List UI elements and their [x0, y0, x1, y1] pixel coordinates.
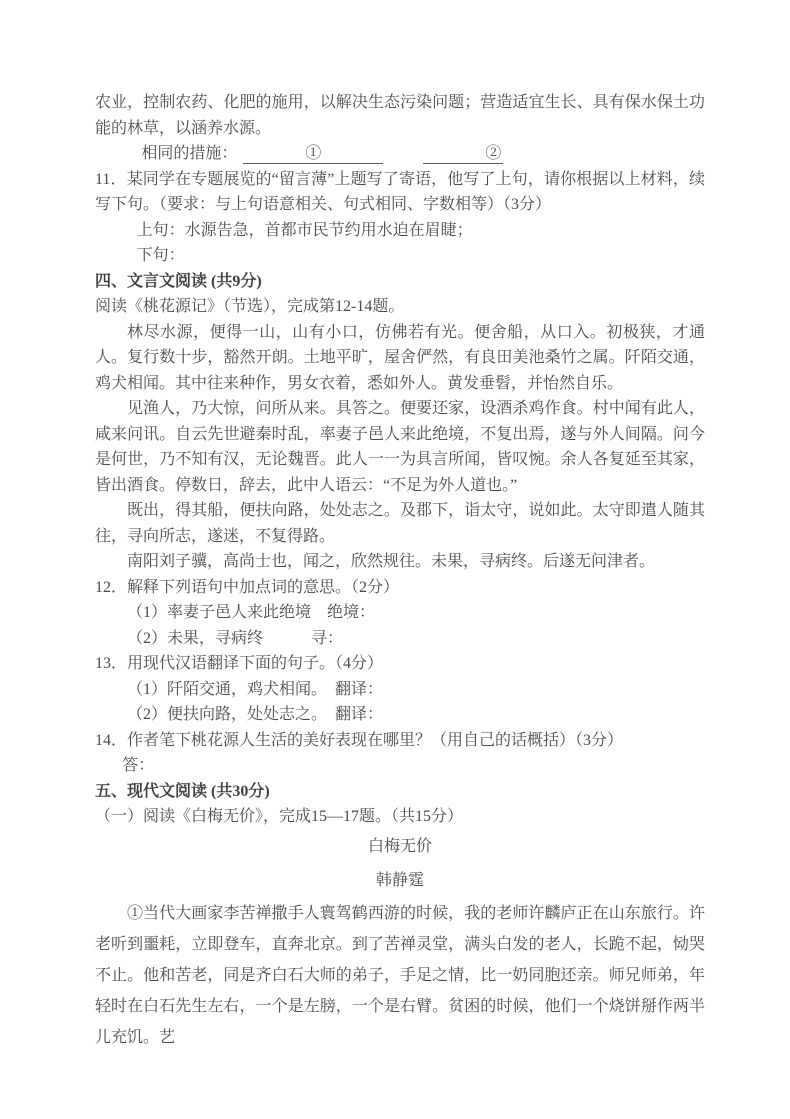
upper-line-sentence: 上句：水源告急，首都市民节约用水迫在眉睫；	[95, 218, 705, 244]
blank-line-2: ②	[423, 144, 503, 164]
continuation-paragraph: 农业，控制农药、化肥的施用，以解决生态污染问题；营造适宜生长、具有保水保土功能的…	[95, 90, 705, 141]
modern-reading-instruction: （一）阅读《白梅无价》，完成15—17题。（共15分）	[95, 804, 705, 830]
answer-prompt: 答：	[95, 753, 705, 779]
fill-label: 相同的措施：	[141, 145, 237, 162]
question-11: 11．某同学在专题展览的“留言薄”上题写了寄语，他写了上句，请你根据以上材料，续…	[95, 167, 705, 218]
question-13-item-1: （1）阡陌交通，鸡犬相闻。 翻译：	[95, 677, 705, 703]
question-13-item-2: （2）便扶向路，处处志之。 翻译：	[95, 702, 705, 728]
taohuayuan-paragraph-4: 南阳刘子骥，高尚士也，闻之，欣然规往。未果，寻病终。后遂无问津者。	[95, 549, 705, 575]
question-12-item-1: （1）率妻子邑人来此绝境 绝境：	[95, 600, 705, 626]
document-body: 农业，控制农药、化肥的施用，以解决生态污染问题；营造适宜生长、具有保水保土功能的…	[95, 90, 705, 1053]
taohuayuan-paragraph-1: 林尽水源，便得一山，山有小口，仿佛若有光。便舍船，从口入。初极狭，才通人。复行数…	[95, 320, 705, 397]
taohuayuan-paragraph-3: 既出，得其船，便扶向路，处处志之。及郡下，诣太守，说如此。太守即遣人随其往，寻向…	[95, 498, 705, 549]
blank-line-1: ①	[243, 144, 383, 164]
classical-reading-instruction: 阅读《桃花源记》（节选），完成第12-14题。	[95, 294, 705, 320]
question-12: 12．解释下列语句中加点词的意思。（2分）	[95, 575, 705, 601]
essay-paragraph-1: ①当代大画家李苦禅撒手人寰驾鹤西游的时候，我的老师许麟庐正在山东旅行。许老听到噩…	[95, 898, 705, 1053]
question-14: 14．作者笔下桃花源人生活的美好表现在哪里？（用自己的话概括）（3分）	[95, 728, 705, 754]
same-measures-fill-line: 相同的措施：①②	[95, 141, 705, 167]
essay-author: 韩静霆	[95, 864, 705, 898]
essay-title: 白梅无价	[95, 830, 705, 864]
question-13: 13．用现代汉语翻译下面的句子。（4分）	[95, 651, 705, 677]
section-4-heading: 四、文言文阅读 (共9分)	[95, 269, 705, 295]
taohuayuan-paragraph-2: 见渔人，乃大惊，问所从来。具答之。便要还家，设酒杀鸡作食。村中闻有此人，咸来问讯…	[95, 396, 705, 498]
exam-page: 农业，控制农药、化肥的施用，以解决生态污染问题；营造适宜生长、具有保水保土功能的…	[0, 0, 790, 1119]
lower-line-prompt: 下句：	[95, 243, 705, 269]
question-12-item-2: （2）未果，寻病终 寻：	[95, 626, 705, 652]
section-5-heading: 五、现代文阅读 (共30分)	[95, 779, 705, 805]
